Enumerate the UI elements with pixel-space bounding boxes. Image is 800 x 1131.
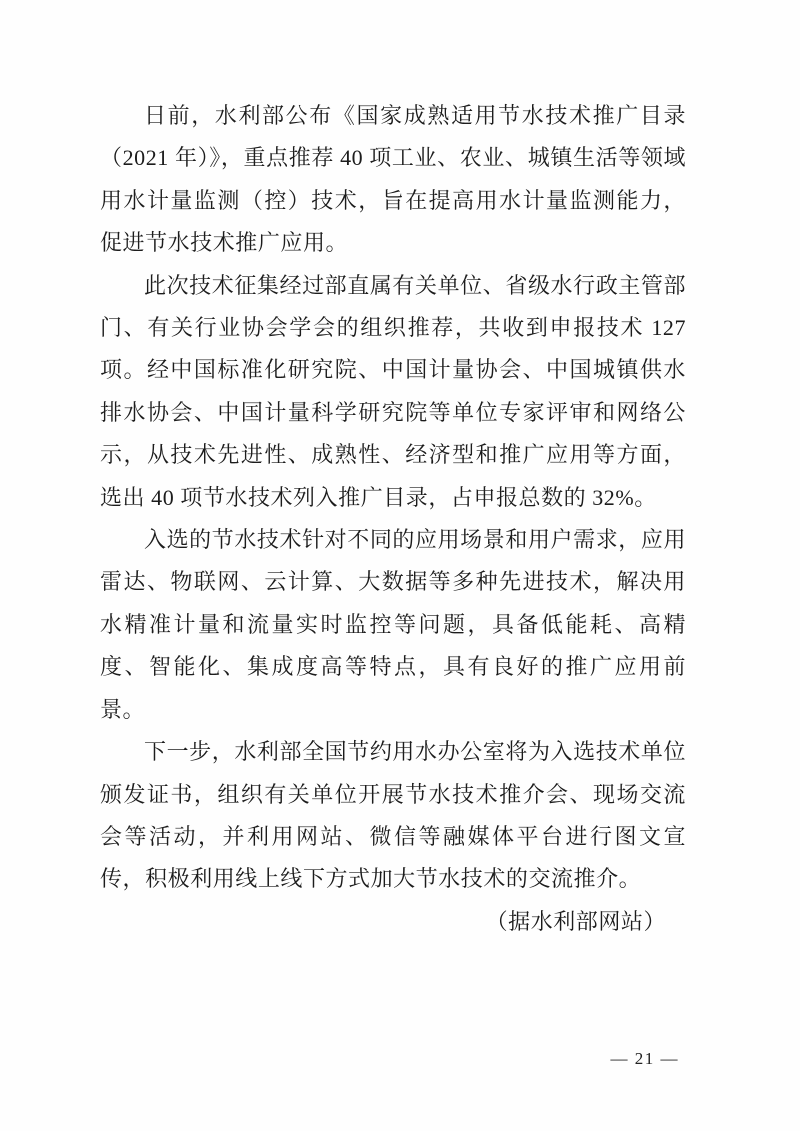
page-number: — 21 — [611,1049,680,1069]
paragraph-next-steps: 下一步，水利部全国节约用水办公室将为入选技术单位颁发证书，组织有关单位开展节水技… [100,731,686,901]
attribution-line: （据水利部网站） [100,901,686,943]
paragraph-technology-features: 入选的节水技术针对不同的应用场景和用户需求，应用雷达、物联网、云计算、大数据等多… [100,519,686,731]
paragraph-selection-process: 此次技术征集经过部直属有关单位、省级水行政主管部门、有关行业协会学会的组织推荐，… [100,265,686,519]
document-body: 日前，水利部公布《国家成熟适用节水技术推广目录（2021 年）》，重点推荐 40… [100,95,686,943]
document-page: 日前，水利部公布《国家成熟适用节水技术推广目录（2021 年）》，重点推荐 40… [0,0,800,1131]
paragraph-announcement: 日前，水利部公布《国家成熟适用节水技术推广目录（2021 年）》，重点推荐 40… [100,95,686,265]
